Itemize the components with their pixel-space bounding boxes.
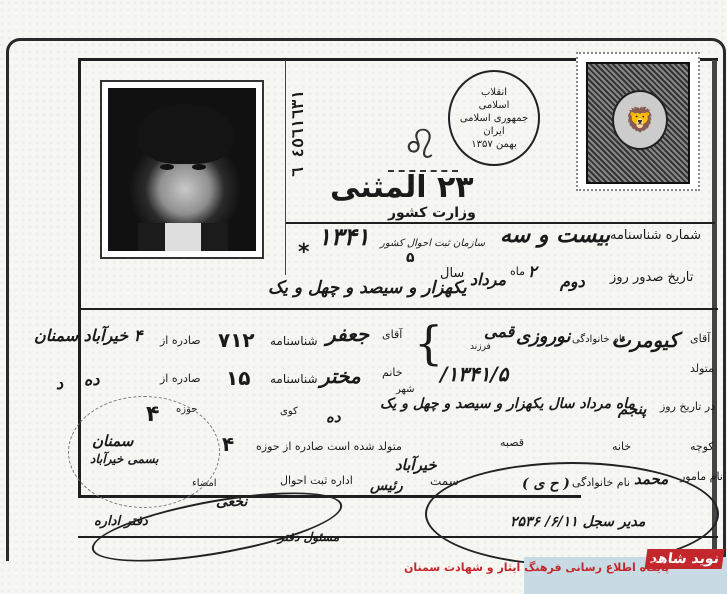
birth-date-digits: ۱۳۴۱/۵/ bbox=[440, 362, 508, 386]
stamp-lion-icon: 🦁 bbox=[612, 90, 668, 150]
street-label: کوچه bbox=[690, 440, 714, 453]
father-issued-label: صادره از bbox=[160, 334, 201, 347]
serial-number: ٤٥٦١٦٣١ ٦ bbox=[288, 90, 307, 177]
stamp-pattern: 🦁 bbox=[586, 62, 690, 184]
family-name: نوروزی bbox=[516, 326, 570, 347]
portrait-collar bbox=[138, 223, 228, 251]
signature-bottom-left: دفتر اداره bbox=[94, 514, 148, 529]
office-label: اداره ثبت احوال bbox=[280, 474, 353, 487]
photo-divider bbox=[285, 60, 286, 275]
portrait-image bbox=[108, 88, 256, 251]
left-margin-d: د bbox=[56, 374, 63, 393]
portrait-hair bbox=[138, 104, 234, 164]
event-date-label: در تاریخ روز bbox=[660, 400, 715, 413]
office-side-value: رئیس bbox=[370, 478, 403, 494]
seal-line-1: انقلاب bbox=[481, 86, 507, 99]
holder-photo bbox=[100, 80, 264, 259]
certificate-binding-edge bbox=[712, 60, 717, 560]
mother-issued-place: ده bbox=[84, 370, 100, 389]
seal-line-4: ایران bbox=[483, 125, 504, 138]
cert-number-value: بیست و سه bbox=[500, 222, 610, 248]
series-print: ۲۳ المثنی bbox=[330, 170, 474, 205]
official-stamp-circle bbox=[68, 396, 220, 508]
child-label: فرزند bbox=[470, 342, 491, 352]
revenue-stamp: 🦁 bbox=[576, 52, 700, 191]
issue-date-label: تاریخ صدور روز bbox=[610, 270, 693, 285]
father-cert-label: شناسنامه bbox=[270, 334, 318, 348]
watermark-banner: نوید شاهد پایگاه اطلاع رسانی فرهنگ ایثار… bbox=[524, 557, 727, 594]
issued-label: متولد شده است صادره از حوزه bbox=[256, 440, 402, 453]
seal-line-2: اسلامی bbox=[479, 99, 510, 112]
watermark-text: پایگاه اطلاع رسانی فرهنگ ایثار و شهادت س… bbox=[404, 561, 669, 574]
issue-date-month-num: ۲ bbox=[528, 262, 537, 281]
rule-mid bbox=[78, 308, 718, 310]
mother-cert-number: ۱۵ bbox=[226, 366, 250, 390]
issue-date-year: یکهزار و سیصد و چهل و یک bbox=[268, 278, 467, 298]
bracket-brace: { bbox=[414, 320, 443, 366]
ministry-label: وزارت کشور bbox=[388, 205, 476, 221]
issue-date-month-label: ماه bbox=[510, 265, 525, 278]
revolution-seal: انقلاب اسلامی جمهوری اسلامی ایران بهمن ۱… bbox=[448, 70, 540, 166]
father-issued-place: ۴ خیرآباد سمنان bbox=[34, 326, 142, 345]
village-value: خیرآباد bbox=[395, 456, 437, 474]
mother-title: خانم bbox=[382, 366, 403, 379]
mother-issued-label: صادره از bbox=[160, 372, 201, 385]
village-label: قصبه bbox=[500, 436, 524, 449]
organization-label: سازمان ثبت احوال کشور bbox=[380, 238, 485, 249]
signature-bottom: مدیر سجل ۶/۱۱/ ۲۵۳۶ bbox=[510, 514, 645, 530]
mother-cert-label: شناسنامه bbox=[270, 372, 318, 386]
holder-title: آقای bbox=[690, 332, 710, 345]
family-label: نام خانوادگی bbox=[572, 334, 625, 345]
cert-number-label: شماره شناسنامه bbox=[610, 228, 701, 243]
seal-line-5: بهمن ۱۳۵۷ bbox=[471, 138, 516, 151]
born-label: متولد bbox=[690, 362, 714, 375]
issue-date-day: دوم bbox=[560, 272, 585, 291]
zone-number: ۴ bbox=[222, 432, 234, 456]
father-cert-number: ۷۱۲ bbox=[218, 328, 255, 352]
scanned-document: ٤٥٦١٦٣١ ٦ ♌ انقلاب اسلامی جمهوری اسلامی … bbox=[0, 0, 727, 594]
year-digits: ۱۳۴۱ bbox=[318, 222, 370, 251]
signature-label: امضاء bbox=[192, 478, 217, 489]
mother-name: مختر bbox=[320, 364, 361, 388]
event-month-text: ماه مرداد سال یکهزار و سیصد و چهل و یک bbox=[380, 396, 635, 412]
portrait-eye-right bbox=[192, 164, 206, 170]
footer-scrawl: مسئول دفتر bbox=[278, 530, 339, 544]
marker-5: ۵ bbox=[406, 250, 415, 266]
family-name-tail: قمی bbox=[484, 322, 514, 341]
father-title: آقای bbox=[382, 328, 402, 341]
house-label: خانه bbox=[612, 440, 631, 453]
signature-1: نخعی bbox=[216, 494, 247, 510]
city-label: شهر bbox=[396, 384, 415, 395]
seal-line-3: جمهوری اسلامی bbox=[460, 112, 528, 125]
issue-date-month: مرداد bbox=[470, 270, 506, 289]
city-value: ده bbox=[326, 408, 341, 426]
portrait-eye-left bbox=[160, 164, 174, 170]
marker-star: * bbox=[298, 240, 310, 265]
father-name: جعفر bbox=[326, 322, 369, 346]
district-label: کوی bbox=[280, 406, 298, 417]
